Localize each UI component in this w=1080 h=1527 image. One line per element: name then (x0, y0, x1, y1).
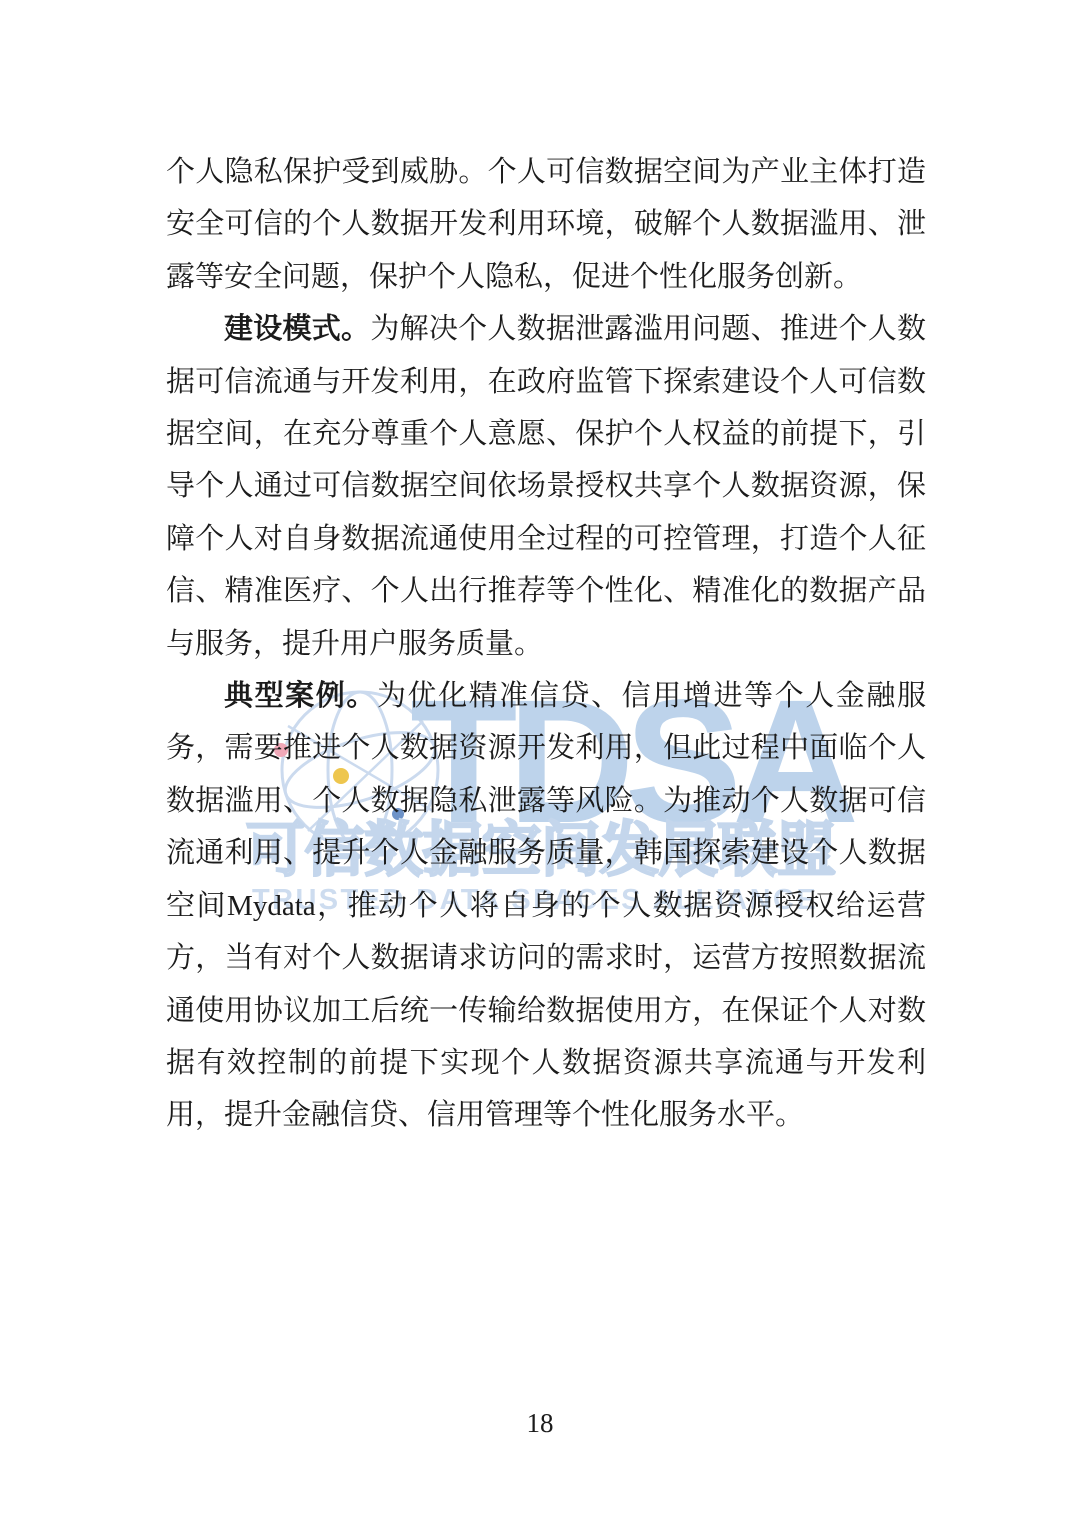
paragraph-construction-mode: 建设模式。为解决个人数据泄露滥用问题、推进个人数据可信流通与开发利用，在政府监管… (166, 303, 926, 670)
page-number: 18 (0, 1408, 1080, 1439)
paragraph-continuation: 个人隐私保护受到威胁。个人可信数据空间为产业主体打造安全可信的个人数据开发利用环… (166, 146, 926, 303)
paragraph-text: 为优化精准信贷、信用增进等个人金融服务，需要推进个人数据资源开发利用，但此过程中… (166, 680, 926, 1131)
paragraph-text: 个人隐私保护受到威胁。个人可信数据空间为产业主体打造安全可信的个人数据开发利用环… (166, 156, 926, 293)
document-page: TDSA 可信数据空间发展联盟 TRUSTED DATA SPACES ALLI… (0, 0, 1080, 1527)
paragraph-text: 为解决个人数据泄露滥用问题、推进个人数据可信流通与开发利用，在政府监管下探索建设… (166, 313, 926, 659)
paragraph-typical-case: 典型案例。为优化精准信贷、信用增进等个人金融服务，需要推进个人数据资源开发利用，… (166, 670, 926, 1142)
page-body: 个人隐私保护受到威胁。个人可信数据空间为产业主体打造安全可信的个人数据开发利用环… (166, 146, 926, 1142)
paragraph-label: 建设模式。 (224, 313, 370, 345)
paragraph-label: 典型案例。 (224, 680, 377, 712)
